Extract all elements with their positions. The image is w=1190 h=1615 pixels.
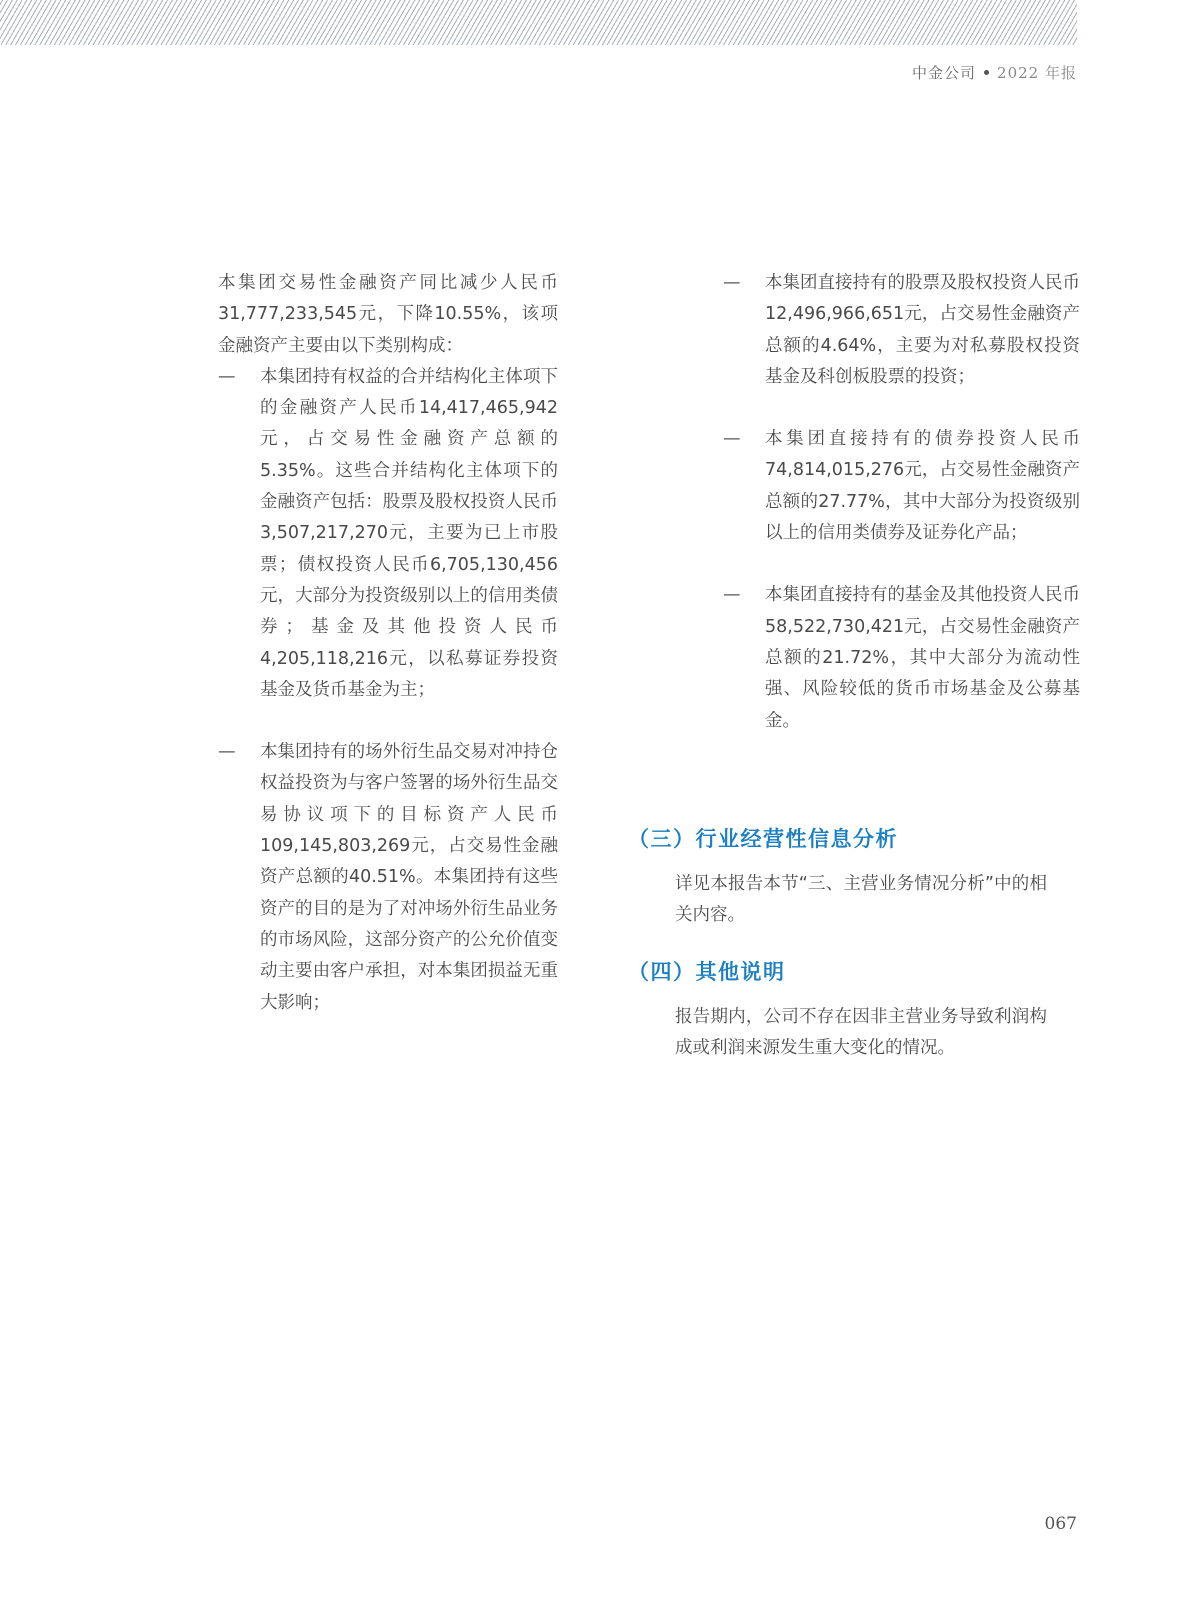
right-column: — 本集团直接持有的股票及股权投资人民币12,496,966,651元，占交易性… bbox=[640, 268, 1080, 768]
bullet-separator-icon bbox=[984, 70, 989, 75]
decorative-hatch-band bbox=[0, 0, 1077, 45]
dash-bullet-icon: — bbox=[723, 268, 765, 393]
report-year: 2022 年报 bbox=[997, 62, 1077, 83]
dash-bullet-icon: — bbox=[218, 737, 260, 1019]
section-title: （三）行业经营性信息分析 bbox=[628, 824, 1078, 855]
list-item: — 本集团持有的场外衍生品交易对冲持仓权益投资为与客户签署的场外衍生品交易协议项… bbox=[218, 737, 558, 1019]
list-item: — 本集团直接持有的债券投资人民币74,814,015,276元，占交易性金融资… bbox=[723, 424, 1080, 549]
list-item-text: 本集团直接持有的基金及其他投资人民币58,522,730,421元，占交易性金融… bbox=[765, 580, 1080, 736]
list-item: — 本集团直接持有的基金及其他投资人民币58,522,730,421元，占交易性… bbox=[723, 580, 1080, 736]
section-industry-info: （三）行业经营性信息分析 详见本报告本节“三、主营业务情况分析”中的相关内容。 bbox=[628, 824, 1078, 932]
running-header: 中金公司 2022 年报 bbox=[912, 62, 1077, 83]
list-item-text: 本集团直接持有的股票及股权投资人民币12,496,966,651元，占交易性金融… bbox=[765, 268, 1080, 393]
left-column: 本集团交易性金融资产同比减少人民币31,777,233,545元，下降10.55… bbox=[218, 268, 558, 1050]
list-item-text: 本集团直接持有的债券投资人民币74,814,015,276元，占交易性金融资产总… bbox=[765, 424, 1080, 549]
page-number: 067 bbox=[1045, 1514, 1077, 1534]
list-item-text: 本集团持有权益的合并结构化主体项下的金融资产人民币14,417,465,942元… bbox=[260, 362, 558, 706]
list-item-text: 本集团持有的场外衍生品交易对冲持仓权益投资为与客户签署的场外衍生品交易协议项下的… bbox=[260, 737, 558, 1019]
section-title: （四）其他说明 bbox=[628, 957, 1078, 988]
section-other-notes: （四）其他说明 报告期内，公司不存在因非主营业务导致利润构成或利润来源发生重大变… bbox=[628, 957, 1078, 1065]
dash-bullet-icon: — bbox=[723, 424, 765, 549]
section-body: 报告期内，公司不存在因非主营业务导致利润构成或利润来源发生重大变化的情况。 bbox=[675, 1002, 1047, 1065]
dash-bullet-icon: — bbox=[218, 362, 260, 706]
intro-paragraph: 本集团交易性金融资产同比减少人民币31,777,233,545元，下降10.55… bbox=[218, 268, 558, 362]
section-body: 详见本报告本节“三、主营业务情况分析”中的相关内容。 bbox=[675, 869, 1047, 932]
dash-bullet-icon: — bbox=[723, 580, 765, 736]
company-name: 中金公司 bbox=[912, 62, 976, 83]
list-item: — 本集团直接持有的股票及股权投资人民币12,496,966,651元，占交易性… bbox=[723, 268, 1080, 393]
list-item: — 本集团持有权益的合并结构化主体项下的金融资产人民币14,417,465,94… bbox=[218, 362, 558, 706]
